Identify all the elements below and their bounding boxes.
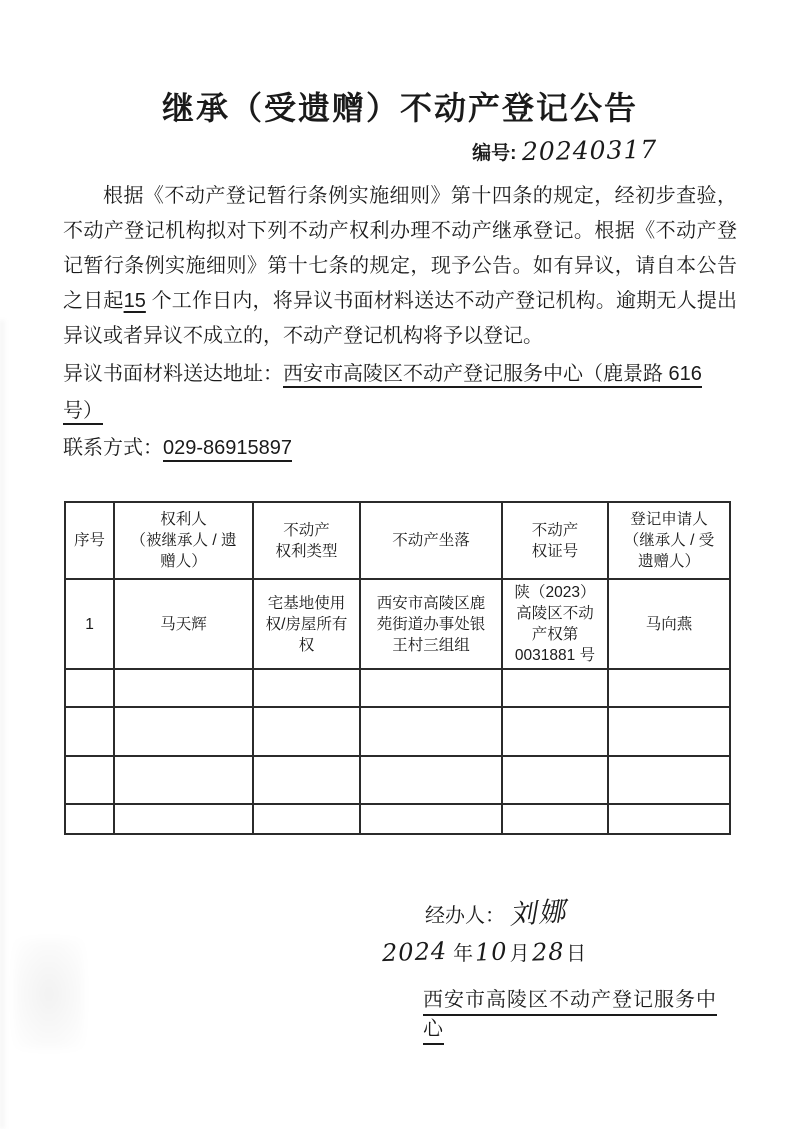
day-label: 日 [566,943,586,965]
empty-cell [253,756,360,804]
empty-cell [65,804,114,834]
empty-cell [360,804,502,834]
empty-cell [360,669,502,707]
contact-block: 异议书面材料送达地址：西安市高陵区不动产登记服务中心（鹿景路 616 号） 联系… [63,356,737,467]
handler-label: 经办人： [425,905,505,927]
empty-cell [608,804,730,834]
document-page: 继承（受遗赠）不动产登记公告 编号: 20240317 根据《不动产登记暂行条例… [0,0,800,1129]
announcement-paragraph: 根据《不动产登记暂行条例实施细则》第十四条的规定，经初步查验，不动产登记机构拟对… [63,179,737,354]
table-row: 1 马天辉 宅基地使用 权/房屋所有 权 西安市高陵区鹿 苑街道办事处银 王村三… [65,579,730,669]
empty-cell [253,669,360,707]
doc-number-label: 编号: [472,143,516,164]
signature-block: 经办人：刘娜 2024年10月28日 西安市高陵区不动产登记服务中心 [63,891,737,1041]
handler-signature-handwritten: 刘娜 [508,889,569,932]
empty-cell [65,669,114,707]
scan-edge-artifact [0,320,7,1129]
empty-cell [502,756,608,804]
phone-value: 029-86915897 [163,437,292,462]
header-cell-applicant: 登记申请人 （继承人 / 受 遗赠人） [608,502,730,579]
empty-cell [65,756,114,804]
empty-cell [253,804,360,834]
empty-cell [502,669,608,707]
doc-number-value-handwritten: 20240317 [522,135,658,166]
empty-cell [253,707,360,756]
empty-cell [608,756,730,804]
org-name: 西安市高陵区不动产登记服务中心 [423,989,717,1045]
cell-applicant: 马向燕 [608,579,730,669]
header-cell-location: 不动产坐落 [360,502,502,579]
month-label: 月 [510,943,530,965]
handler-line: 经办人：刘娜 [425,891,737,931]
registration-table: 序号 权利人 （被继承人 / 遗 赠人） 不动产 权利类型 不动产坐落 不动产 … [64,501,731,835]
table-empty-row [65,804,730,834]
date-month-handwritten: 10 [475,937,509,966]
table-empty-row [65,669,730,707]
header-cell-seq: 序号 [65,502,114,579]
empty-cell [114,669,253,707]
objection-days-value: 15 [124,290,146,312]
header-cell-holder: 权利人 （被继承人 / 遗 赠人） [114,502,253,579]
date-day-handwritten: 28 [531,937,565,966]
empty-cell [114,756,253,804]
empty-cell [114,707,253,756]
empty-cell [608,669,730,707]
empty-cell [502,804,608,834]
doc-number: 编号: 20240317 [63,136,657,170]
empty-cell [360,756,502,804]
address-label: 异议书面材料送达地址： [63,363,283,385]
cell-holder: 马天辉 [114,579,253,669]
date-line: 2024年10月28日 [382,937,737,975]
table-empty-row [65,756,730,804]
cell-seq: 1 [65,579,114,669]
page-title: 继承（受遗赠）不动产登记公告 [63,86,737,130]
org-line: 西安市高陵区不动产登记服务中心 [423,983,737,1041]
empty-cell [360,707,502,756]
empty-cell [502,707,608,756]
empty-cell [114,804,253,834]
empty-cell [608,707,730,756]
cell-right-type: 宅基地使用 权/房屋所有 权 [253,579,360,669]
phone-label: 联系方式： [63,437,163,459]
year-label: 年 [453,943,473,965]
table-empty-row [65,707,730,756]
date-year-handwritten: 2024 [382,937,448,967]
header-cell-cert-no: 不动产 权证号 [502,502,608,579]
header-cell-right-type: 不动产 权利类型 [253,502,360,579]
cell-cert-no: 陕（2023） 高陵区不动 产权第 0031881 号 [502,579,608,669]
empty-cell [65,707,114,756]
address-line: 异议书面材料送达地址：西安市高陵区不动产登记服务中心（鹿景路 616 号） [63,356,737,430]
cell-location: 西安市高陵区鹿 苑街道办事处银 王村三组组 [360,579,502,669]
table-header-row: 序号 权利人 （被继承人 / 遗 赠人） 不动产 权利类型 不动产坐落 不动产 … [65,502,730,579]
phone-line: 联系方式：029-86915897 [63,430,737,467]
paragraph-text-after: 个工作日内，将异议书面材料送达不动产登记机构。逾期无人提出异议或者异议不成立的，… [63,290,737,347]
